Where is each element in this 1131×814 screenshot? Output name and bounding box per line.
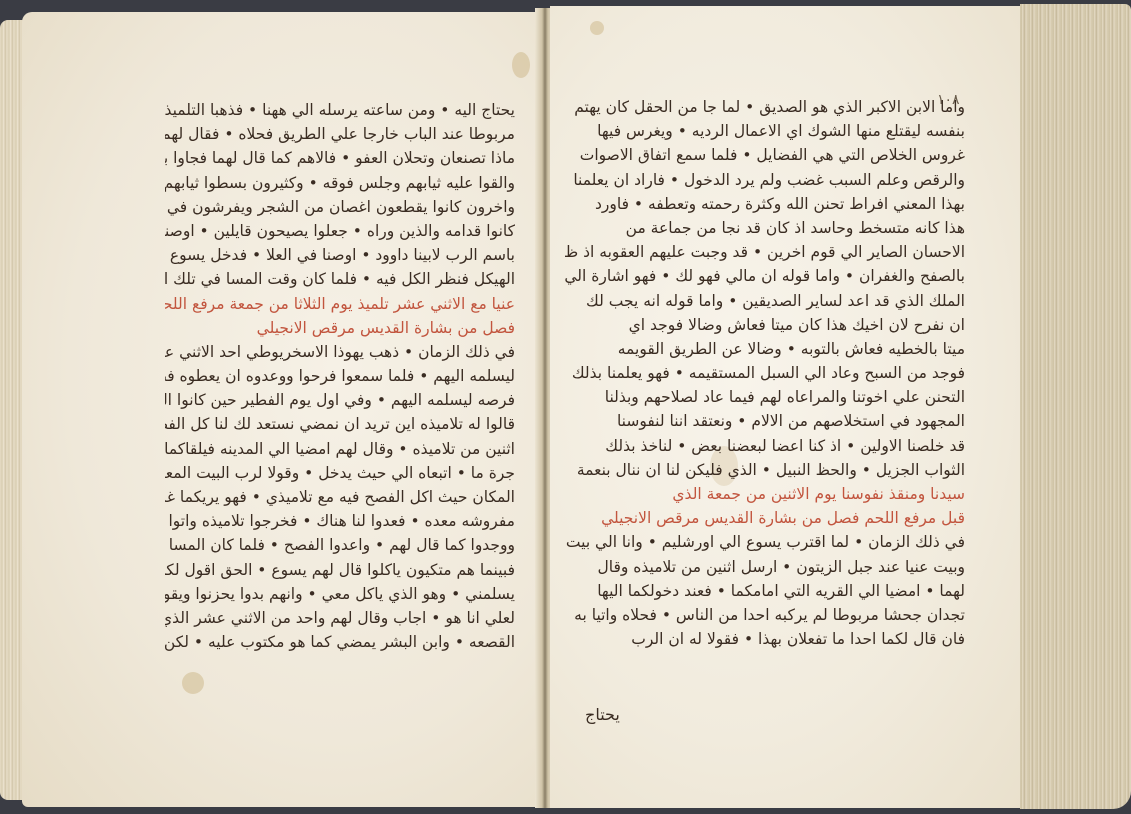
text-line: بالصفح والغفران • واما قوله ان مالي فهو … [565, 264, 965, 288]
text-line: في ذلك الزمان • ذهب يهوذا الاسخريوطي احد… [165, 340, 515, 364]
text-line: والرقص وعلم السبب غضب ولم يرد الدخول • ف… [565, 168, 965, 192]
text-line: هذا كانه متسخط وحاسد اذ كان قد نجا من جم… [565, 216, 965, 240]
paper-stain [512, 52, 530, 78]
text-line: المجهود في استخلاصهم من الالام • ونعتقد … [565, 409, 965, 433]
rubric-line: قبل مرفع اللحم فصل من بشارة القديس مرقص … [565, 506, 965, 530]
text-line: الملك الذي قد اعد لساير الصديقين • واما … [565, 289, 965, 313]
right-page-stack-edges [1020, 4, 1131, 809]
text-line: ليسلمه اليهم • فلما سمعوا فرحوا ووعدوه ا… [165, 364, 515, 388]
text-line: القصعه • وابن البشر يمضي كما هو مكتوب عل… [165, 630, 515, 654]
text-line: لعلي انا هو • اجاب وقال لهم واحد من الاث… [165, 606, 515, 630]
text-line: يسلمني • وهو الذي ياكل معي • وانهم بدوا … [165, 582, 515, 606]
text-line: في ذلك الزمان • لما اقترب يسوع الي اورشل… [565, 530, 965, 554]
text-line: فبينما هم متكيون ياكلوا قال لهم يسوع • ا… [165, 558, 515, 582]
text-line: فان قال لكما احدا ما تفعلان بهذا • فقولا… [565, 627, 965, 651]
paper-stain [590, 21, 604, 35]
text-line: مفروشه معده • فعدوا لنا هناك • فخرجوا تل… [165, 509, 515, 533]
text-line: غروس الخلاص التي هي الفضايل • فلما سمع ا… [565, 143, 965, 167]
text-line: فوجد من السبح وعاد الي السبل المستقيمه •… [565, 361, 965, 385]
text-line: لهما • امضيا الي القريه التي امامكما • ف… [565, 579, 965, 603]
text-line: المكان حيث اكل الفصح فيه مع تلاميذي • فه… [165, 485, 515, 509]
text-line: قالوا له تلاميذه اين تريد ان نمضي نستعد … [165, 412, 515, 436]
text-line: فرصه ليسلمه اليهم • وفي اول يوم الفطير ح… [165, 388, 515, 412]
text-line: واما الابن الاكبر الذي هو الصديق • لما ج… [565, 95, 965, 119]
catchword: يحتاج [585, 705, 620, 724]
text-line: ووجدوا كما قال لهم • واعدوا الفصح • فلما… [165, 533, 515, 557]
text-line: الهيكل فنظر الكل فيه • فلما كان وقت المس… [165, 267, 515, 291]
paper-stain [182, 672, 204, 694]
text-line: الاحسان الصاير الي قوم اخرين • قد وجبت ع… [565, 240, 965, 264]
text-line: ميتا بالخطيه فعاش بالتوبه • وضالا عن الط… [565, 337, 965, 361]
rubric-line: سيدنا ومنقذ نفوسنا يوم الاثنين من جمعة ا… [565, 482, 965, 506]
text-line: يحتاج اليه • ومن ساعته يرسله الي ههنا • … [165, 98, 515, 122]
text-line: اثنين من تلاميذه • وقال لهم امضيا الي ال… [165, 437, 515, 461]
right-page-text: واما الابن الاكبر الذي هو الصديق • لما ج… [565, 95, 965, 651]
text-line: والقوا عليه ثيابهم وجلس فوقه • وكثيرون ب… [165, 171, 515, 195]
text-line: التحنن علي اخوتنا والمراعاه لهم فيما عاد… [565, 385, 965, 409]
text-line: مربوطا عند الباب خارجا علي الطريق فحلاه … [165, 122, 515, 146]
text-line: قد خلصنا الاولين • اذ كنا اعضا لبعضنا بع… [565, 434, 965, 458]
left-page-text: يحتاج اليه • ومن ساعته يرسله الي ههنا • … [165, 98, 515, 654]
text-line: ان نفرح لان اخيك هذا كان ميتا فعاش وضالا… [565, 313, 965, 337]
text-line: جرة ما • اتبعاه الي حيث يدخل • وقولا لرب… [165, 461, 515, 485]
text-line: بهذا المعني افراط تحنن الله وكثرة رحمته … [565, 192, 965, 216]
text-line: واخرون كانوا يقطعون اغصان من الشجر ويفرش… [165, 195, 515, 219]
text-line: تجدان جحشا مربوطا لم يركبه احدا من الناس… [565, 603, 965, 627]
text-line: ماذا تصنعان وتحلان العفو • فالاهم كما قا… [165, 146, 515, 170]
text-line: وبيت عنيا عند جبل الزيتون • ارسل اثنين م… [565, 555, 965, 579]
rubric-line: عنيا مع الاثني عشر تلميذ يوم الثلاثا من … [165, 292, 515, 316]
rubric-line: فصل من بشارة القديس مرقص الانجيلي [165, 316, 515, 340]
text-line: كانوا قدامه والذين وراه • جعلوا يصيحون ق… [165, 219, 515, 243]
text-line: بنفسه ليقتلع منها الشوك اي الاعمال الردي… [565, 119, 965, 143]
text-line: الثواب الجزيل • والحظ النبيل • الذي فليك… [565, 458, 965, 482]
text-line: باسم الرب لابينا داوود • اوصنا في العلا … [165, 243, 515, 267]
